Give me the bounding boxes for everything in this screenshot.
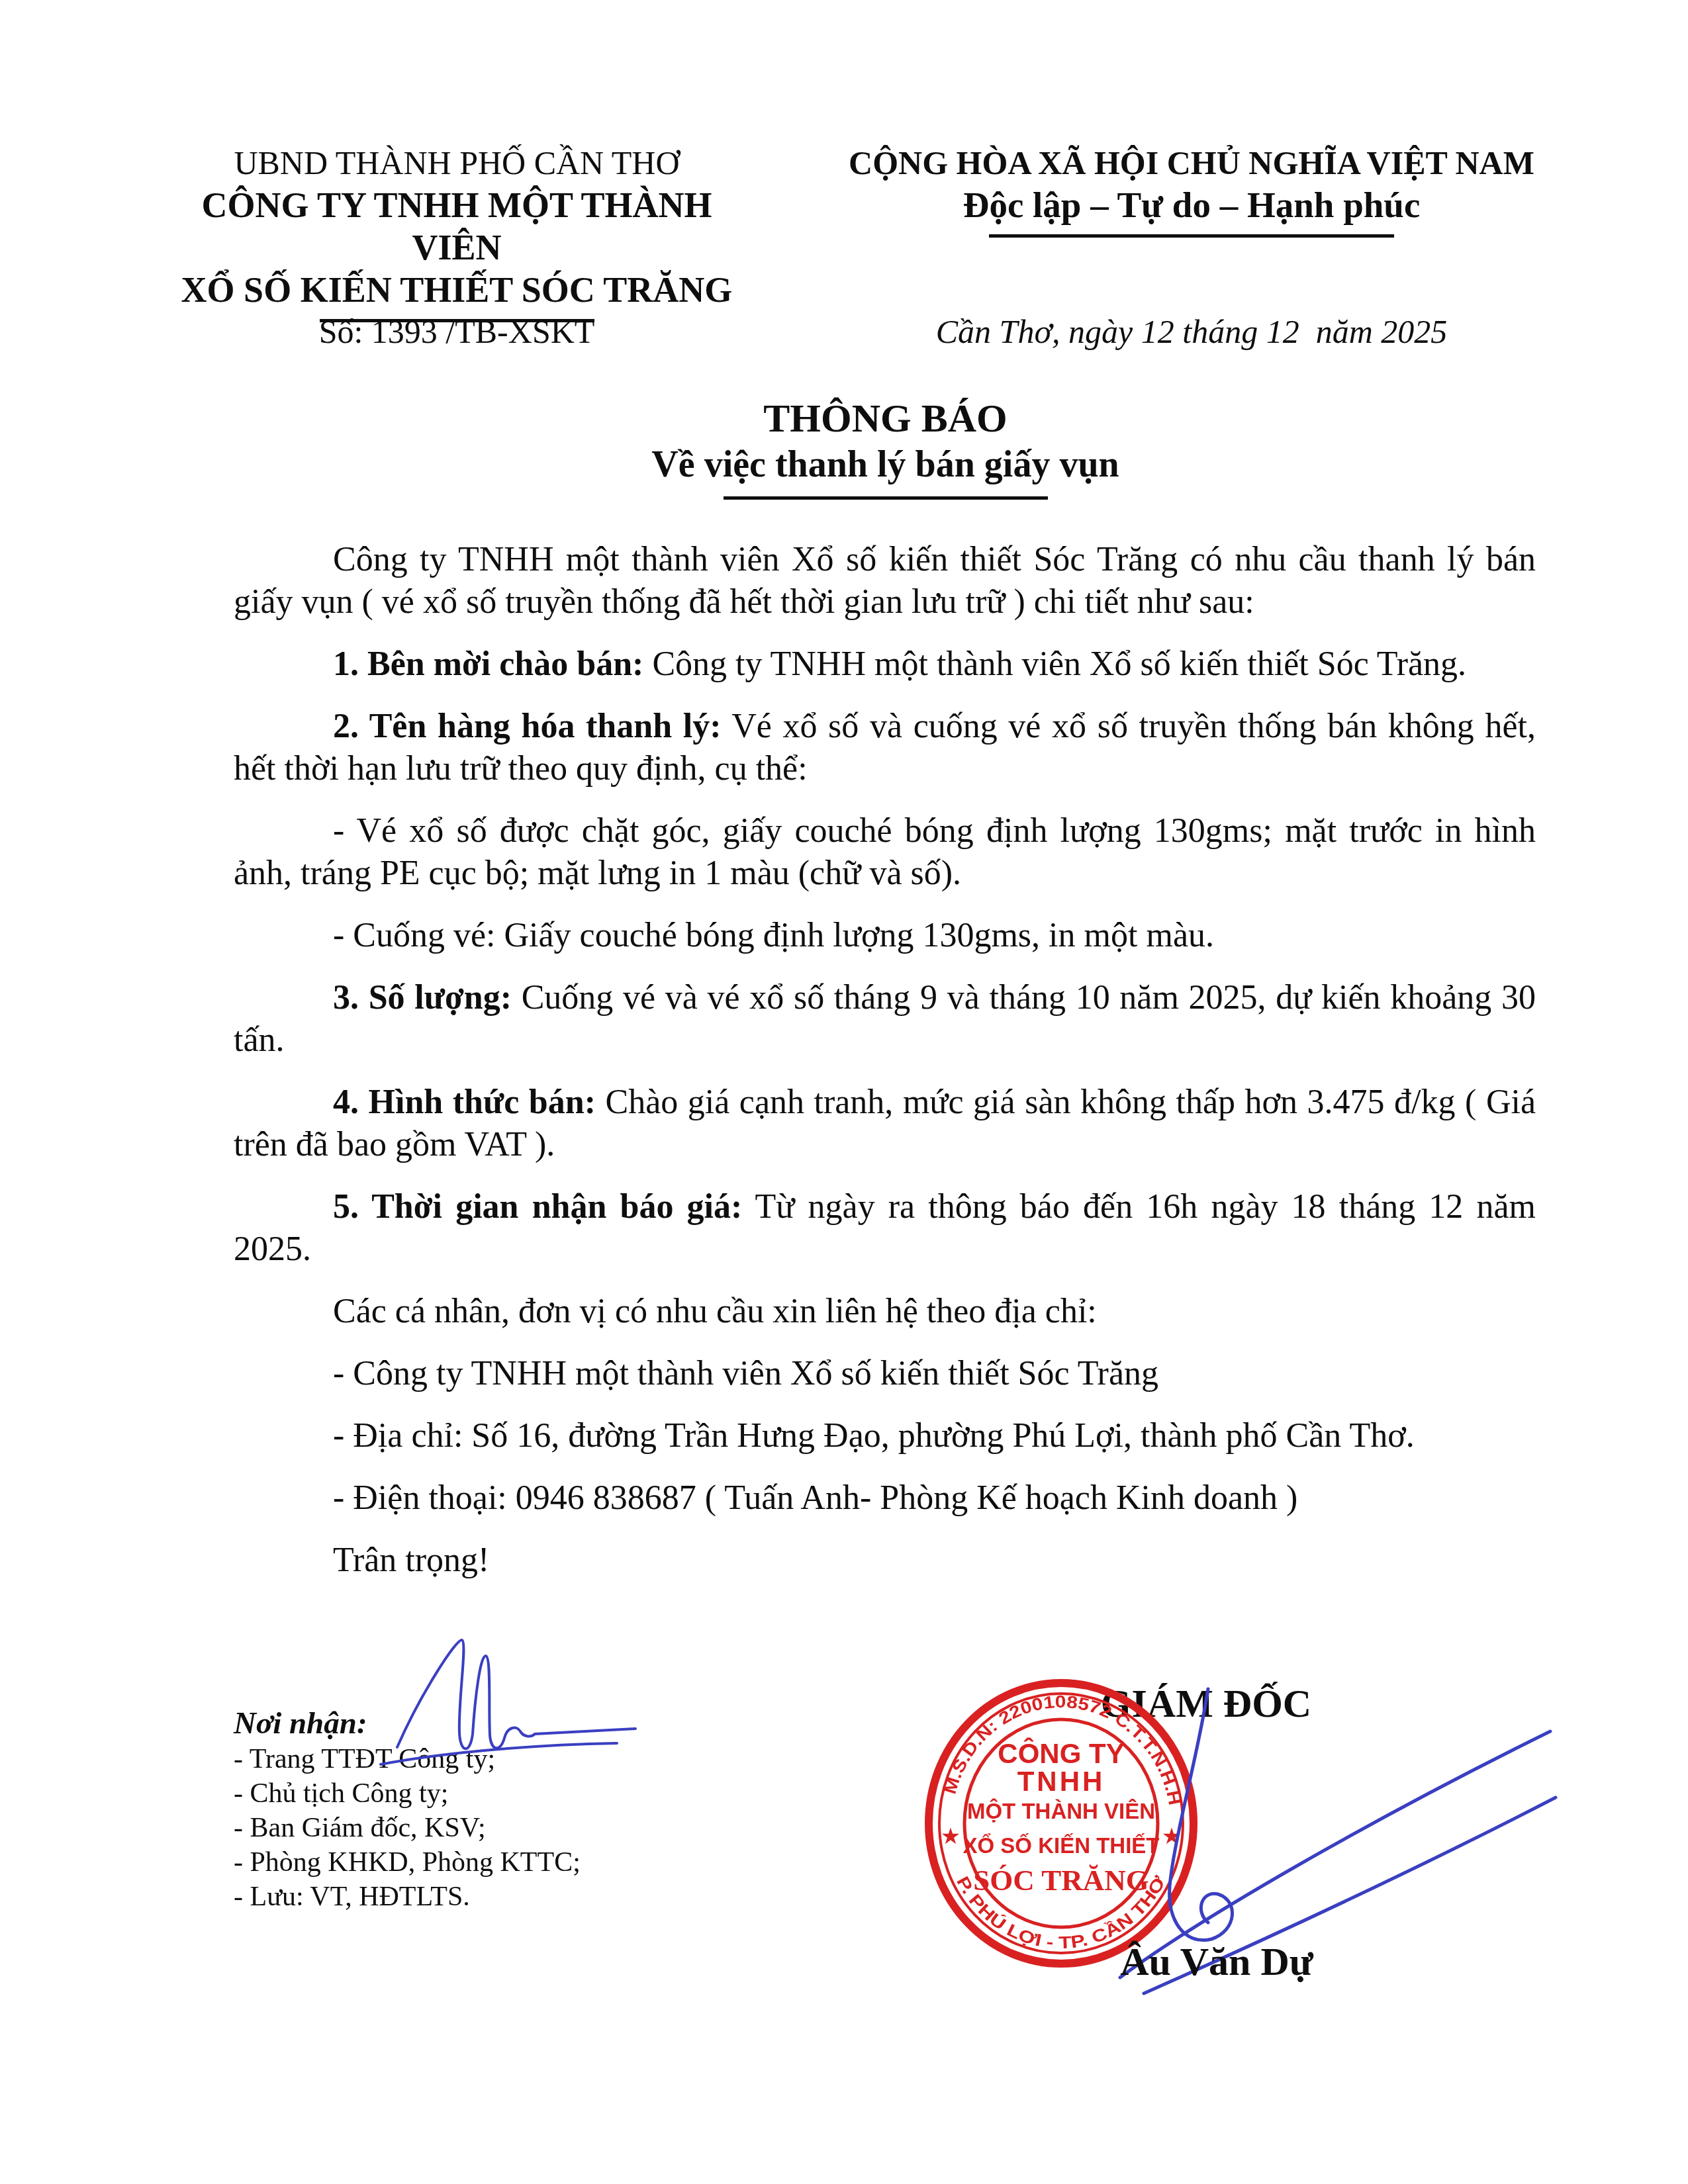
recipient-item: - Ban Giám đốc, KSV; xyxy=(234,1811,829,1845)
paragraph-lead: 4. Hình thức bán: xyxy=(333,1083,596,1121)
title-underline xyxy=(724,496,1048,500)
initial-scribble xyxy=(357,1615,662,1774)
paragraph: Trân trọng! xyxy=(234,1539,1536,1582)
company-name-line2: XỔ SỐ KIẾN THIẾT SÓC TRĂNG xyxy=(165,269,748,311)
paragraph: - Công ty TNHH một thành viên Xổ số kiến… xyxy=(234,1353,1536,1395)
recipient-item: - Chủ tịch Công ty; xyxy=(234,1776,829,1811)
paragraph-lead: 2. Tên hàng hóa thanh lý: xyxy=(333,707,722,745)
body-paragraphs: Công ty TNHH một thành viên Xổ số kiến t… xyxy=(234,539,1536,1602)
paragraph-lead: 1. Bên mời chào bán: xyxy=(333,645,643,683)
doc-title: THÔNG BÁO xyxy=(152,394,1618,442)
paragraph: - Vé xổ số được chặt góc, giấy couché bó… xyxy=(234,810,1536,895)
company-name-line1: CÔNG TY TNHH MỘT THÀNH VIÊN xyxy=(165,184,748,269)
scribble-loops xyxy=(397,1640,635,1749)
parent-org-name: UBND THÀNH PHỐ CẦN THƠ xyxy=(165,142,748,184)
national-motto: Độc lập – Tự do – Hạnh phúc xyxy=(834,184,1549,226)
doc-number: Số: 1393 /TB-XSKT xyxy=(165,312,748,351)
paragraph: 4. Hình thức bán: Chào giá cạnh tranh, m… xyxy=(234,1081,1536,1166)
issuing-org-block: UBND THÀNH PHỐ CẦN THƠ CÔNG TY TNHH MỘT … xyxy=(165,142,748,322)
signature-flourish xyxy=(1170,1689,1233,1940)
motto-underline xyxy=(989,234,1394,238)
recipient-item: - Phòng KHKD, Phòng KTTC; xyxy=(234,1845,829,1880)
stamp-left-star-icon: ★ xyxy=(941,1825,961,1849)
paragraph: Các cá nhân, đơn vị có nhu cầu xin liên … xyxy=(234,1291,1536,1333)
doc-subtitle: Về việc thanh lý bán giấy vụn xyxy=(152,442,1618,487)
national-name: CỘNG HÒA XÃ HỘI CHỦ NGHĨA VIỆT NAM xyxy=(834,142,1549,184)
title-block: THÔNG BÁO Về việc thanh lý bán giấy vụn xyxy=(152,394,1618,500)
paragraph: - Cuống vé: Giấy couché bóng định lượng … xyxy=(234,915,1536,957)
paragraph: 3. Số lượng: Cuống vé và vé xổ số tháng … xyxy=(234,977,1536,1062)
paragraph: 5. Thời gian nhận báo giá: Từ ngày ra th… xyxy=(234,1186,1536,1271)
paragraph: 1. Bên mời chào bán: Công ty TNHH một th… xyxy=(234,643,1536,686)
signer-name: Âu Văn Dự xyxy=(1018,1939,1415,1985)
paragraph: - Địa chỉ: Số 16, đường Trần Hưng Đạo, p… xyxy=(234,1415,1536,1457)
paragraph-lead: 3. Số lượng: xyxy=(333,979,512,1017)
national-header-block: CỘNG HÒA XÃ HỘI CHỦ NGHĨA VIỆT NAM Độc l… xyxy=(834,142,1549,238)
recipient-item: - Lưu: VT, HĐTLTS. xyxy=(234,1880,829,1914)
document-page: UBND THÀNH PHỐ CẦN THƠ CÔNG TY TNHH MỘT … xyxy=(0,0,1688,2184)
paragraph-lead: 5. Thời gian nhận báo giá: xyxy=(333,1188,742,1226)
paragraph: - Điện thoại: 0946 838687 ( Tuấn Anh- Ph… xyxy=(234,1477,1536,1520)
date-place: Cần Thơ, ngày 12 tháng 12 năm 2025 xyxy=(834,312,1549,351)
paragraph: Công ty TNHH một thành viên Xổ số kiến t… xyxy=(234,539,1536,623)
paragraph: 2. Tên hàng hóa thanh lý: Vé xổ số và cu… xyxy=(234,705,1536,790)
